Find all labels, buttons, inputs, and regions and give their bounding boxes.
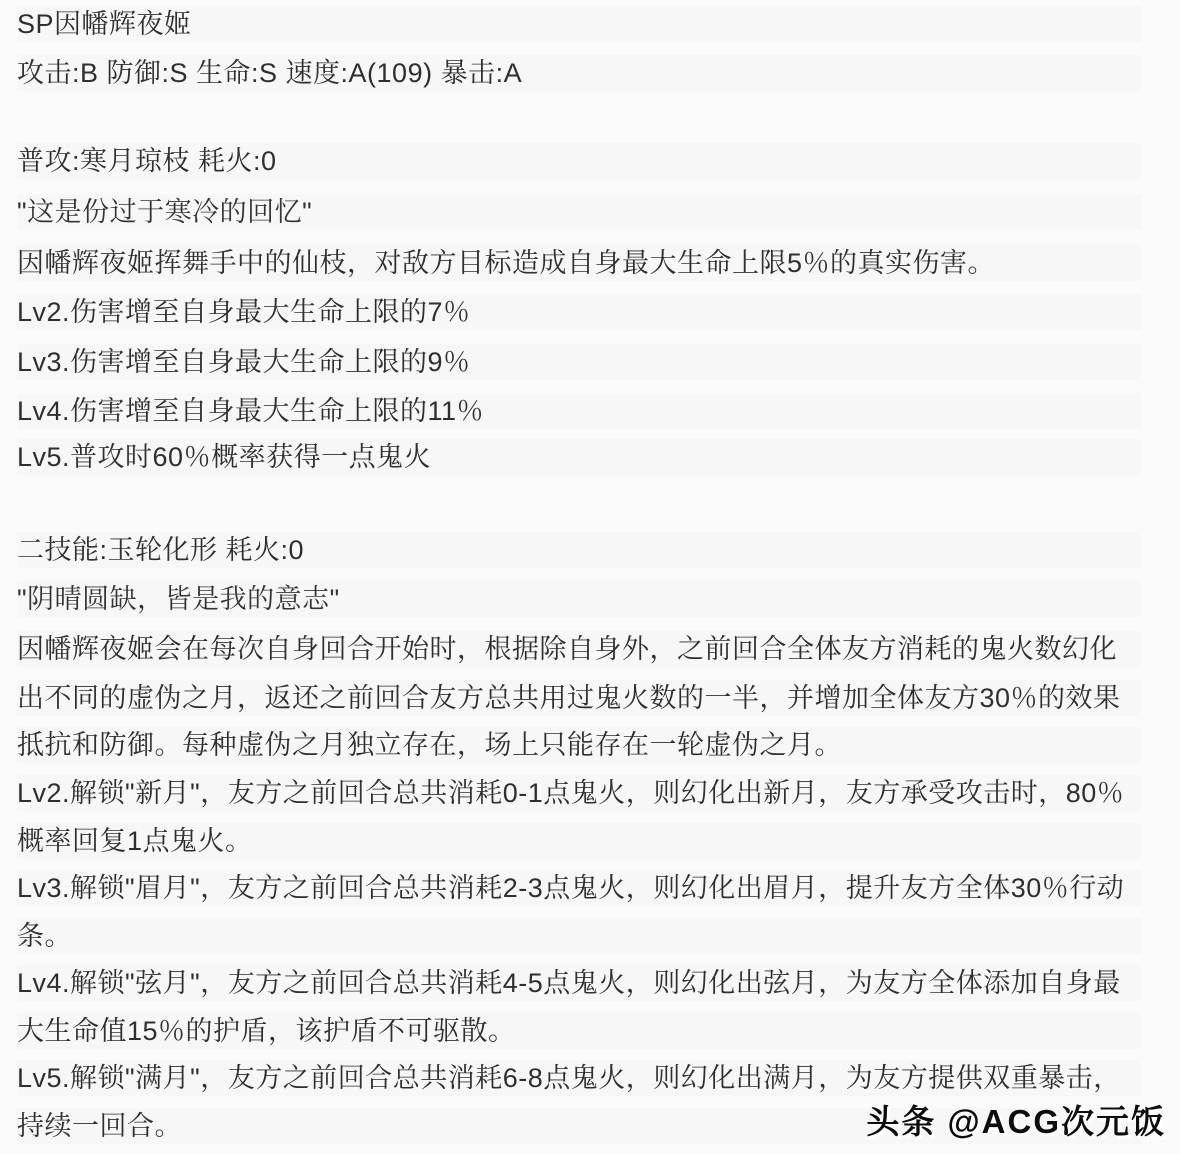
skill1-quote: "这是份过于寒冷的回忆" bbox=[17, 194, 1141, 230]
skill2-quote: "阴晴圆缺，皆是我的意志" bbox=[17, 581, 1141, 617]
character-stats: 攻击:B 防御:S 生命:S 速度:A(109) 暴击:A bbox=[17, 55, 1141, 91]
skill1-level2-line: Lv2.伤害增至自身最大生命上限的7％ bbox=[17, 294, 1141, 330]
skill1-level3-line: Lv3.伤害增至自身最大生命上限的9％ bbox=[17, 344, 1141, 380]
skill2-description-line-2: 出不同的虚伪之月，返还之前回合友方总共用过鬼火数的一半，并增加全体友方30％的效… bbox=[17, 680, 1141, 716]
skill2-level2-line-2: 概率回复1点鬼火。 bbox=[17, 823, 1141, 859]
skill1-header: 普攻:寒月琼枝 耗火:0 bbox=[17, 143, 1141, 179]
skill2-level3-line-2: 条。 bbox=[17, 918, 1141, 954]
skill2-header: 二技能:玉轮化形 耗火:0 bbox=[17, 532, 1141, 568]
skill2-description-line-3: 抵抗和防御。每种虚伪之月独立存在，场上只能存在一轮虚伪之月。 bbox=[17, 727, 1141, 763]
skill2-level2-line-1: Lv2.解锁"新月"，友方之前回合总共消耗0-1点鬼火，则幻化出新月，友方承受攻… bbox=[17, 775, 1141, 811]
skill2-level3-line-1: Lv3.解锁"眉月"，友方之前回合总共消耗2-3点鬼火，则幻化出眉月，提升友方全… bbox=[17, 870, 1141, 906]
watermark: 头条 @ACG次元饭 bbox=[866, 1096, 1166, 1143]
character-name: SP因幡辉夜姬 bbox=[17, 6, 1141, 42]
skill1-level4-line: Lv4.伤害增至自身最大生命上限的11％ bbox=[17, 393, 1141, 429]
skill2-level4-line-1: Lv4.解锁"弦月"，友方之前回合总共消耗4-5点鬼火，则幻化出弦月，为友方全体… bbox=[17, 965, 1141, 1001]
skill1-level5-line: Lv5.普攻时60％概率获得一点鬼火 bbox=[17, 439, 1141, 475]
skill2-level4-line-2: 大生命值15％的护盾，该护盾不可驱散。 bbox=[17, 1013, 1141, 1049]
article-page: SP因幡辉夜姬 攻击:B 防御:S 生命:S 速度:A(109) 暴击:A 普攻… bbox=[0, 0, 1180, 1154]
skill1-description-line: 因幡辉夜姬挥舞手中的仙枝，对敌方目标造成自身最大生命上限5％的真实伤害。 bbox=[17, 245, 1141, 281]
skill2-level5-line-1: Lv5.解锁"满月"，友方之前回合总共消耗6-8点鬼火，则幻化出满月，为友方提供… bbox=[17, 1060, 1141, 1096]
skill2-description-line-1: 因幡辉夜姬会在每次自身回合开始时，根据除自身外，之前回合全体友方消耗的鬼火数幻化 bbox=[17, 631, 1141, 667]
